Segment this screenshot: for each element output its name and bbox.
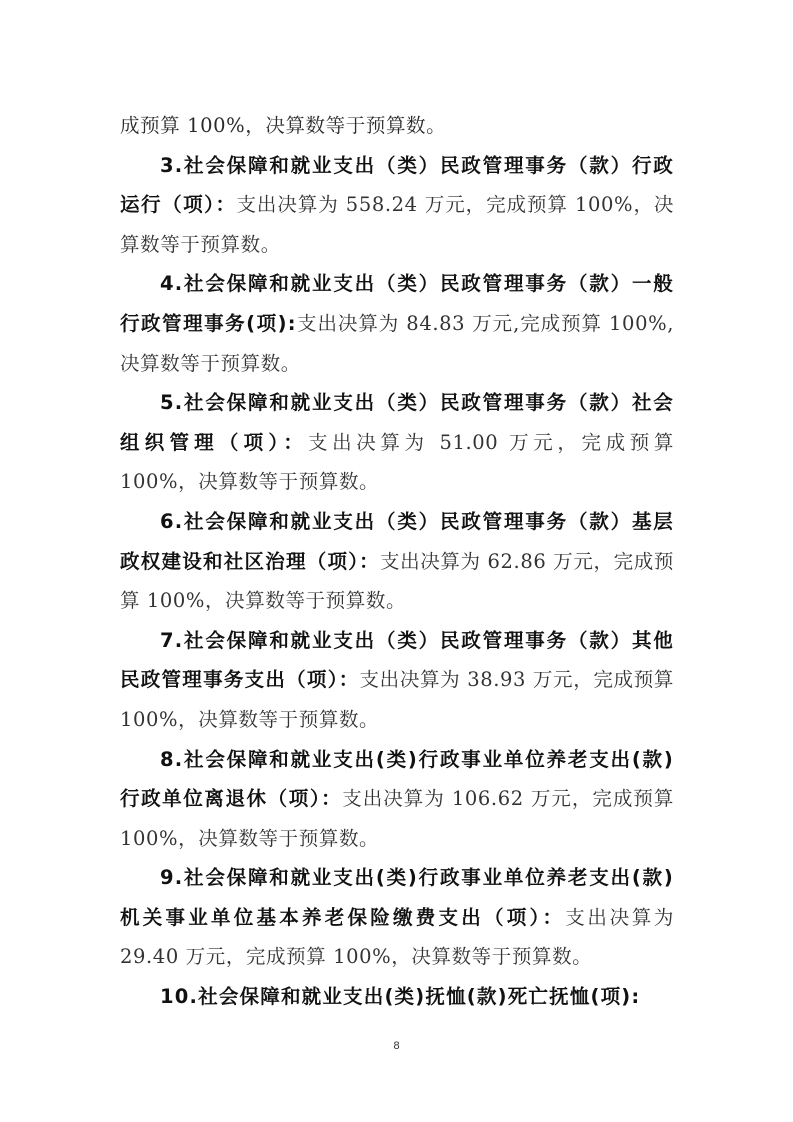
item-paragraph-10: 10.社会保障和就业支出(类)抚恤(款)死亡抚恤(项):	[120, 977, 674, 1017]
item-paragraph-3: 3.社会保障和就业支出（类）民政管理事务（款）行政运行（项）：支出决算为 558…	[120, 146, 674, 265]
item-paragraph-4: 4.社会保障和就业支出（类）民政管理事务（款）一般行政管理事务(项):支出决算为…	[120, 264, 674, 383]
document-page: 成预算 100%，决算数等于预算数。 3.社会保障和就业支出（类）民政管理事务（…	[120, 106, 674, 1017]
item-paragraph-5: 5.社会保障和就业支出（类）民政管理事务（款）社会组织管理（项）：支出决算为 5…	[120, 383, 674, 502]
item-paragraph-8: 8.社会保障和就业支出(类)行政事业单位养老支出(款)行政单位离退休（项）：支出…	[120, 740, 674, 859]
continuation-paragraph: 成预算 100%，决算数等于预算数。	[120, 106, 674, 146]
item-paragraph-7: 7.社会保障和就业支出（类）民政管理事务（款）其他民政管理事务支出（项）：支出决…	[120, 621, 674, 740]
item-paragraph-9: 9.社会保障和就业支出(类)行政事业单位养老支出(款)机关事业单位基本养老保险缴…	[120, 858, 674, 977]
page-number: 8	[0, 1040, 793, 1052]
item-heading: 10.社会保障和就业支出(类)抚恤(款)死亡抚恤(项):	[160, 985, 640, 1008]
item-paragraph-6: 6.社会保障和就业支出（类）民政管理事务（款）基层政权建设和社区治理（项）：支出…	[120, 502, 674, 621]
